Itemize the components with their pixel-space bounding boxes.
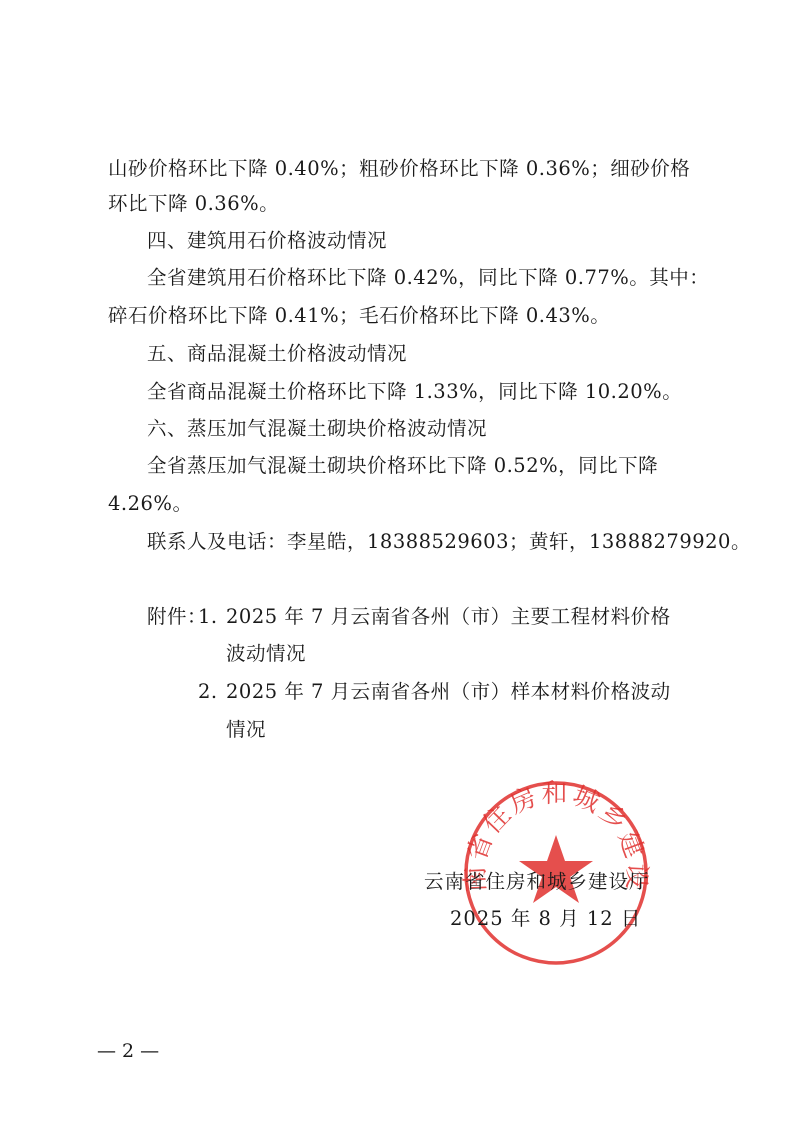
heading-section-6: 六、蒸压加气混凝土砌块价格波动情况: [147, 415, 487, 443]
attachment-2-number: 2.: [198, 678, 218, 706]
heading-section-5: 五、商品混凝土价格波动情况: [147, 340, 407, 368]
signature-organization: 云南省住房和城乡建设厅: [424, 868, 650, 896]
paragraph-sand-prices-cont: 环比下降 0.36%。: [108, 190, 279, 218]
attachment-2-title: 2025 年 7 月云南省各州（市）样本材料价格波动: [226, 678, 671, 706]
paragraph-sand-prices: 山砂价格环比下降 0.40%；粗砂价格环比下降 0.36%；细砂价格: [108, 155, 690, 183]
paragraph-stone-prices: 全省建筑用石价格环比下降 0.42%，同比下降 0.77%。其中：: [147, 264, 709, 292]
document-page: 山砂价格环比下降 0.40%；粗砂价格环比下降 0.36%；细砂价格 环比下降 …: [0, 0, 793, 1122]
signature-date: 2025 年 8 月 12 日: [450, 905, 641, 933]
paragraph-stone-prices-cont: 碎石价格环比下降 0.41%；毛石价格环比下降 0.43%。: [108, 302, 610, 330]
attachment-2-title-cont: 情况: [226, 716, 266, 744]
attachment-1-title: 2025 年 7 月云南省各州（市）主要工程材料价格: [226, 603, 671, 631]
heading-section-4: 四、建筑用石价格波动情况: [147, 227, 387, 255]
paragraph-block-prices-cont: 4.26%。: [108, 490, 192, 518]
attachment-1-number: 1.: [198, 603, 218, 631]
paragraph-block-prices: 全省蒸压加气混凝土砌块价格环比下降 0.52%，同比下降: [147, 452, 658, 480]
attachment-1-title-cont: 波动情况: [226, 640, 306, 668]
paragraph-concrete-prices: 全省商品混凝土价格环比下降 1.33%，同比下降 10.20%。: [147, 378, 682, 406]
contact-info: 联系人及电话：李星皓，18388529603；黄轩，13888279920。: [147, 528, 751, 556]
page-number: — 2 —: [97, 1040, 159, 1062]
